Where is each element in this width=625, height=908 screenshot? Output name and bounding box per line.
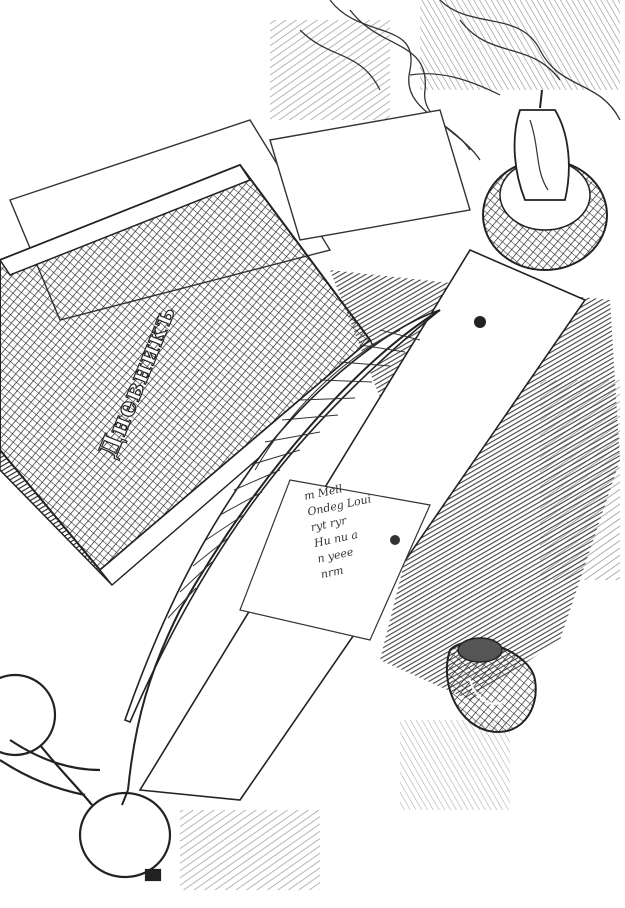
foreground-shading [400, 720, 510, 810]
foreground-shading [180, 810, 320, 890]
background-shading [540, 380, 620, 580]
spectacles [0, 675, 170, 880]
background-shading [270, 20, 390, 120]
ink-illustration: Дневникъ m Mell Ondeg Loui ryt ryr Hu nu… [0, 0, 625, 908]
